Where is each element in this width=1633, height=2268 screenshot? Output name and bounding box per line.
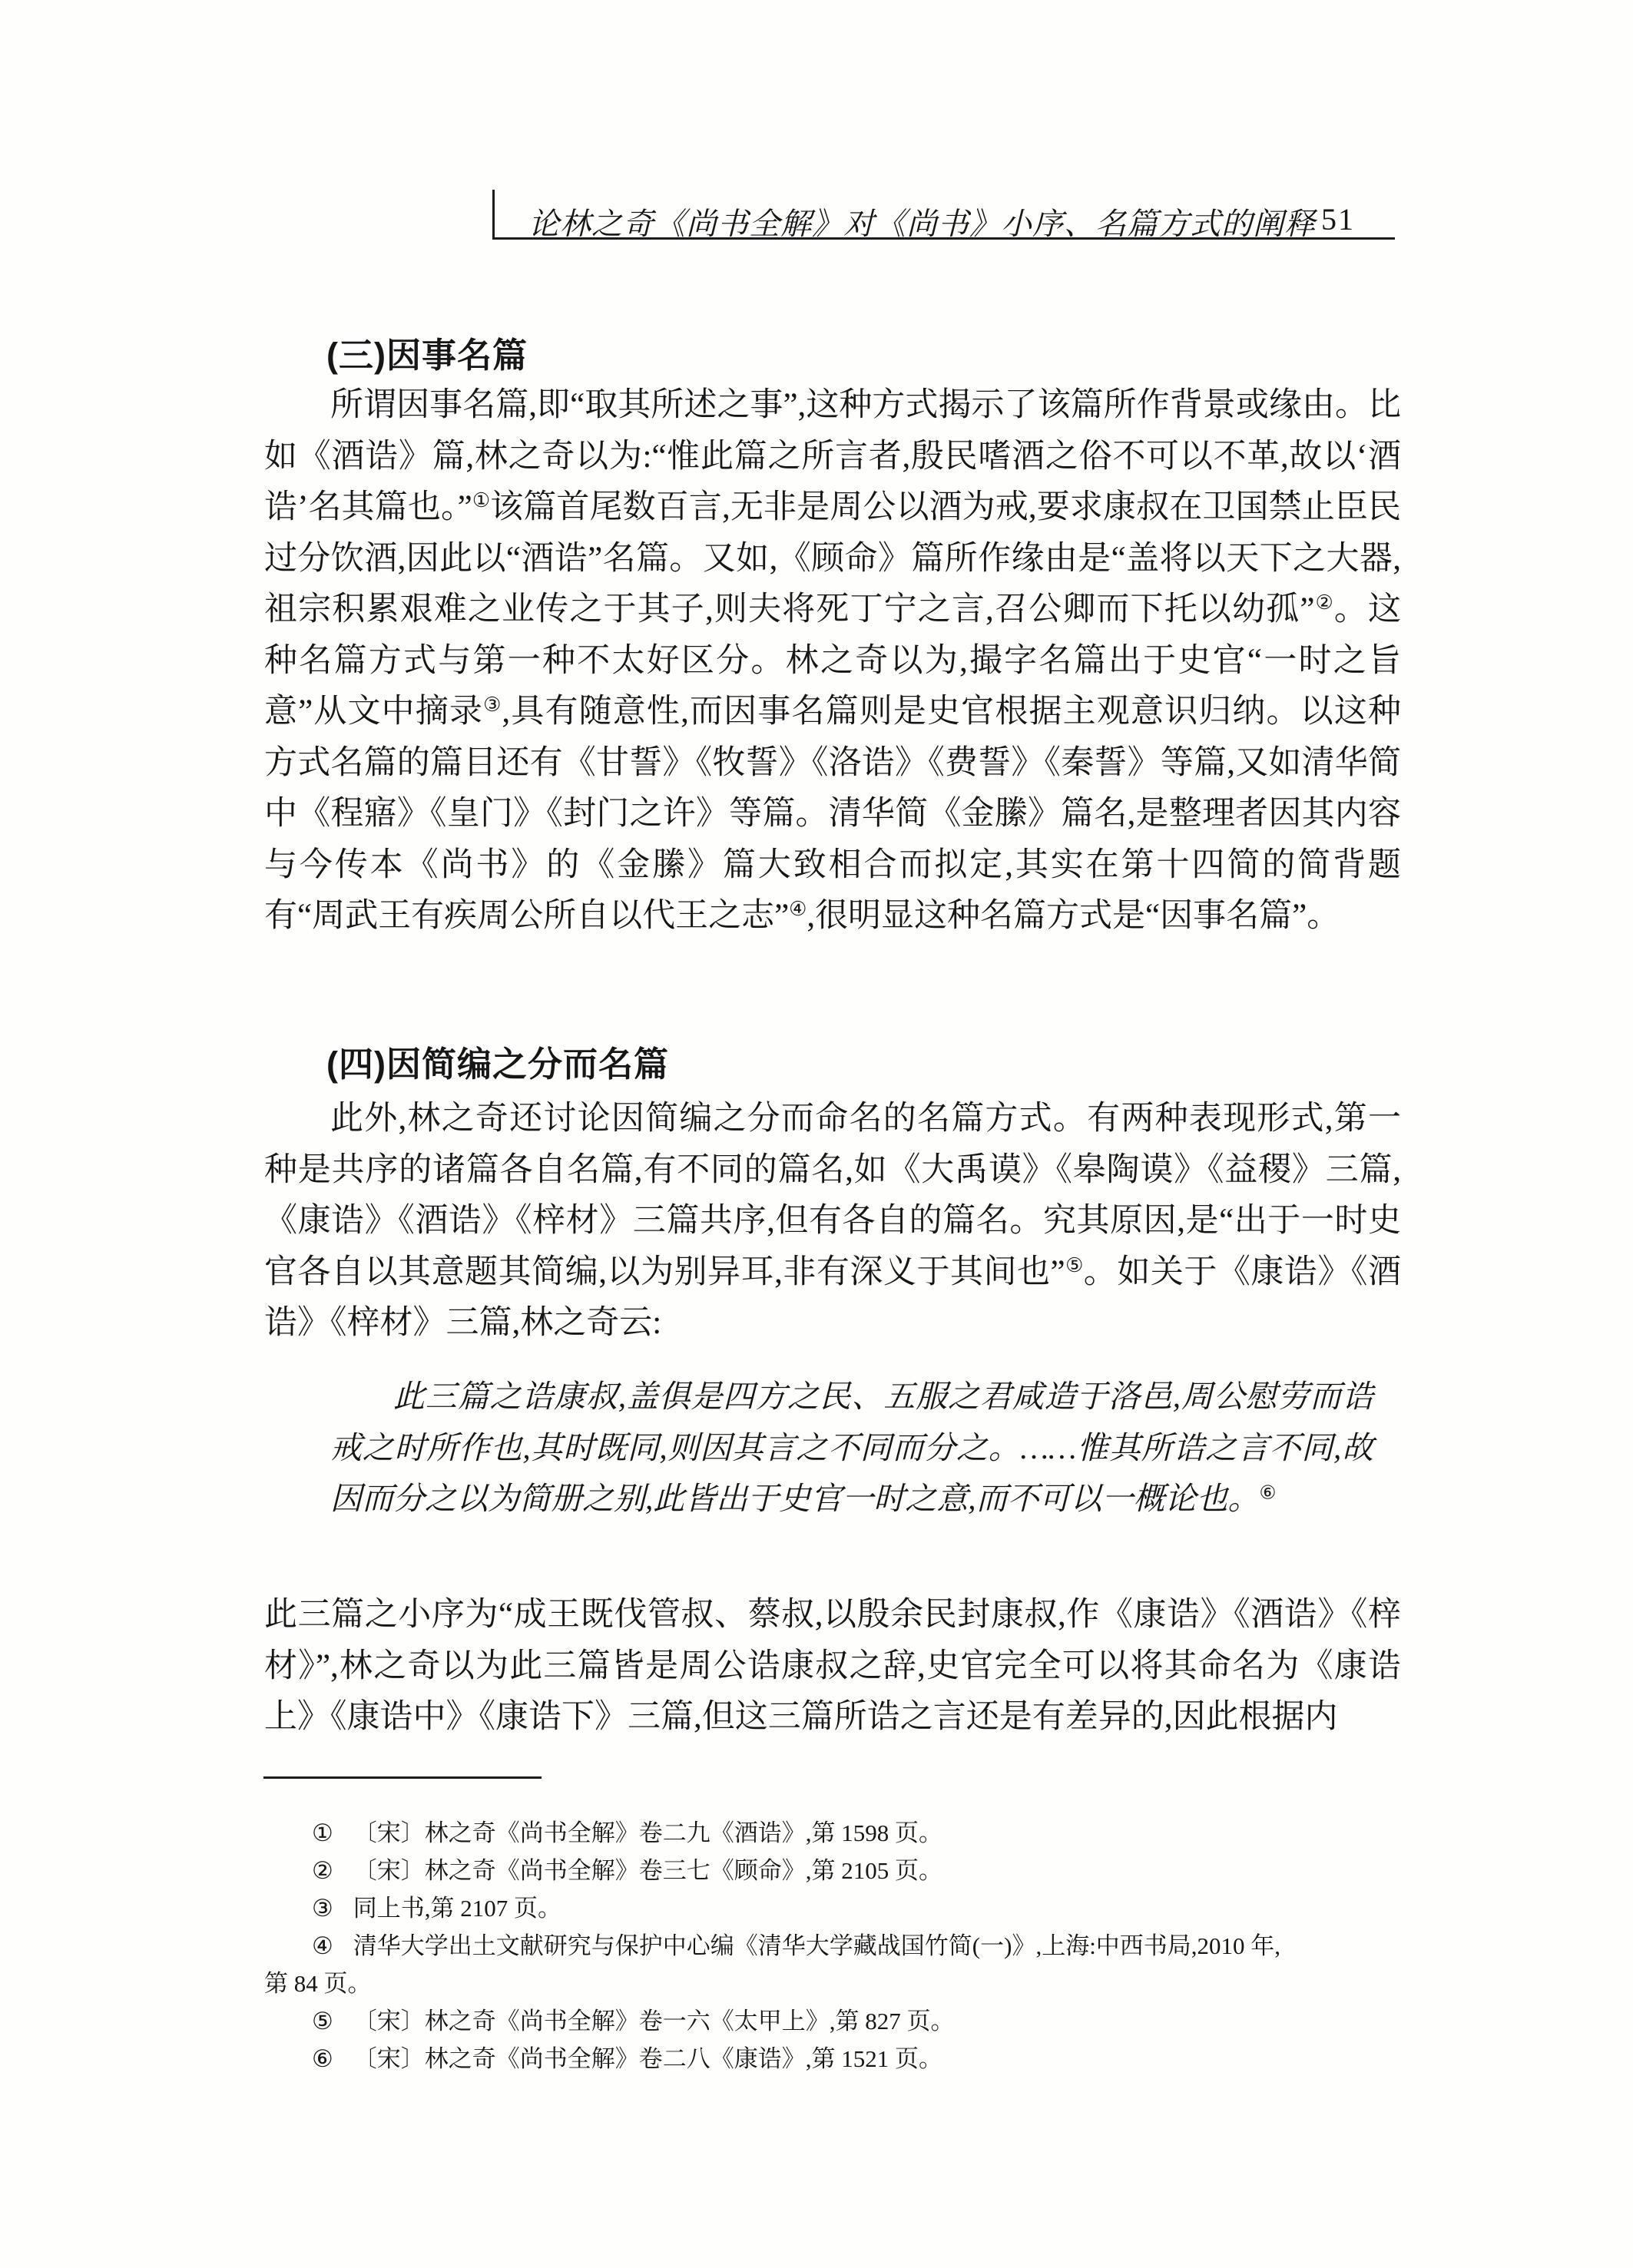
footnote-ref-1: ① xyxy=(472,489,490,512)
footnote-text: 〔宋〕林之奇《尚书全解》卷三七《顾命》,第 2105 页。 xyxy=(353,1857,942,1884)
block-quote: 此三篇之诰康叔,盖俱是四方之民、五服之君咸造于洛邑,周公慰劳而诰戒之时所作也,其… xyxy=(330,1371,1373,1525)
footnotes-list: ①〔宋〕林之奇《尚书全解》卷二九《酒诰》,第 1598 页。 ②〔宋〕林之奇《尚… xyxy=(264,1814,1401,2078)
text-run: ,很明显这种名篇方式是“因事名篇”。 xyxy=(807,898,1340,934)
header-vertical-rule xyxy=(492,190,495,239)
footnote-divider xyxy=(263,1776,542,1779)
footnote-item: ⑥〔宋〕林之奇《尚书全解》卷二八《康诰》,第 1521 页。 xyxy=(264,2040,1401,2078)
footnote-item: ③同上书,第 2107 页。 xyxy=(264,1889,1401,1927)
footnote-text: 清华大学出土文献研究与保护中心编《清华大学藏战国竹简(一)》,上海:中西书局,2… xyxy=(353,1932,1280,1959)
section-4-heading: (四)因简编之分而名篇 xyxy=(264,1044,1401,1085)
footnote-ref-4: ④ xyxy=(789,898,807,920)
footnote-text: 同上书,第 2107 页。 xyxy=(353,1895,561,1922)
footnote-ref-6: ⑥ xyxy=(1260,1482,1277,1503)
footnote-ref-2: ② xyxy=(1314,591,1333,614)
after-quote-paragraph: 此三篇之小序为“成王既伐管叔、蔡叔,以殷余民封康叔,作《康诰》《酒诰》《梓材》”… xyxy=(264,1590,1401,1743)
section-3-paragraph: 所谓因事名篇,即“取其所述之事”,这种方式揭示了该篇所作背景或缘由。比如《酒诰》… xyxy=(264,380,1401,942)
footnote-marker: ② xyxy=(312,1857,333,1884)
footnote-marker: ⑥ xyxy=(312,2045,333,2072)
footnote-item: ④清华大学出土文献研究与保护中心编《清华大学藏战国竹简(一)》,上海:中西书局,… xyxy=(264,1927,1401,1965)
footnote-marker: ⑤ xyxy=(312,2008,333,2035)
footnote-marker: ④ xyxy=(312,1932,333,1959)
footnote-marker: ③ xyxy=(312,1895,333,1922)
footnote-text: 〔宋〕林之奇《尚书全解》卷一六《太甲上》,第 827 页。 xyxy=(353,2008,955,2035)
header-rule xyxy=(492,237,1395,240)
footnote-item: ①〔宋〕林之奇《尚书全解》卷二九《酒诰》,第 1598 页。 xyxy=(264,1814,1401,1852)
footnote-continuation: 第 84 页。 xyxy=(264,1965,1401,2002)
footnote-text: 〔宋〕林之奇《尚书全解》卷二九《酒诰》,第 1598 页。 xyxy=(353,1819,942,1846)
footnote-ref-3: ③ xyxy=(483,694,502,716)
text-run: 此三篇之诰康叔,盖俱是四方之民、五服之君咸造于洛邑,周公慰劳而诰戒之时所作也,其… xyxy=(330,1379,1373,1516)
page-number: 51 xyxy=(1321,201,1355,237)
footnote-text: 〔宋〕林之奇《尚书全解》卷二八《康诰》,第 1521 页。 xyxy=(353,2045,942,2072)
footnote-ref-5: ⑤ xyxy=(1065,1253,1084,1276)
section-3-heading: (三)因事名篇 xyxy=(264,335,1401,376)
page: 论林之奇《尚书全解》对《尚书》小序、名篇方式的阐释 51 (三)因事名篇 所谓因… xyxy=(0,0,1633,2268)
footnote-item: ②〔宋〕林之奇《尚书全解》卷三七《顾命》,第 2105 页。 xyxy=(264,1852,1401,1889)
footnote-marker: ① xyxy=(312,1819,333,1846)
section-4-paragraph: 此外,林之奇还讨论因简编之分而命名的名篇方式。有两种表现形式,第一种是共序的诸篇… xyxy=(264,1094,1401,1349)
footnote-item: ⑤〔宋〕林之奇《尚书全解》卷一六《太甲上》,第 827 页。 xyxy=(264,2002,1401,2040)
